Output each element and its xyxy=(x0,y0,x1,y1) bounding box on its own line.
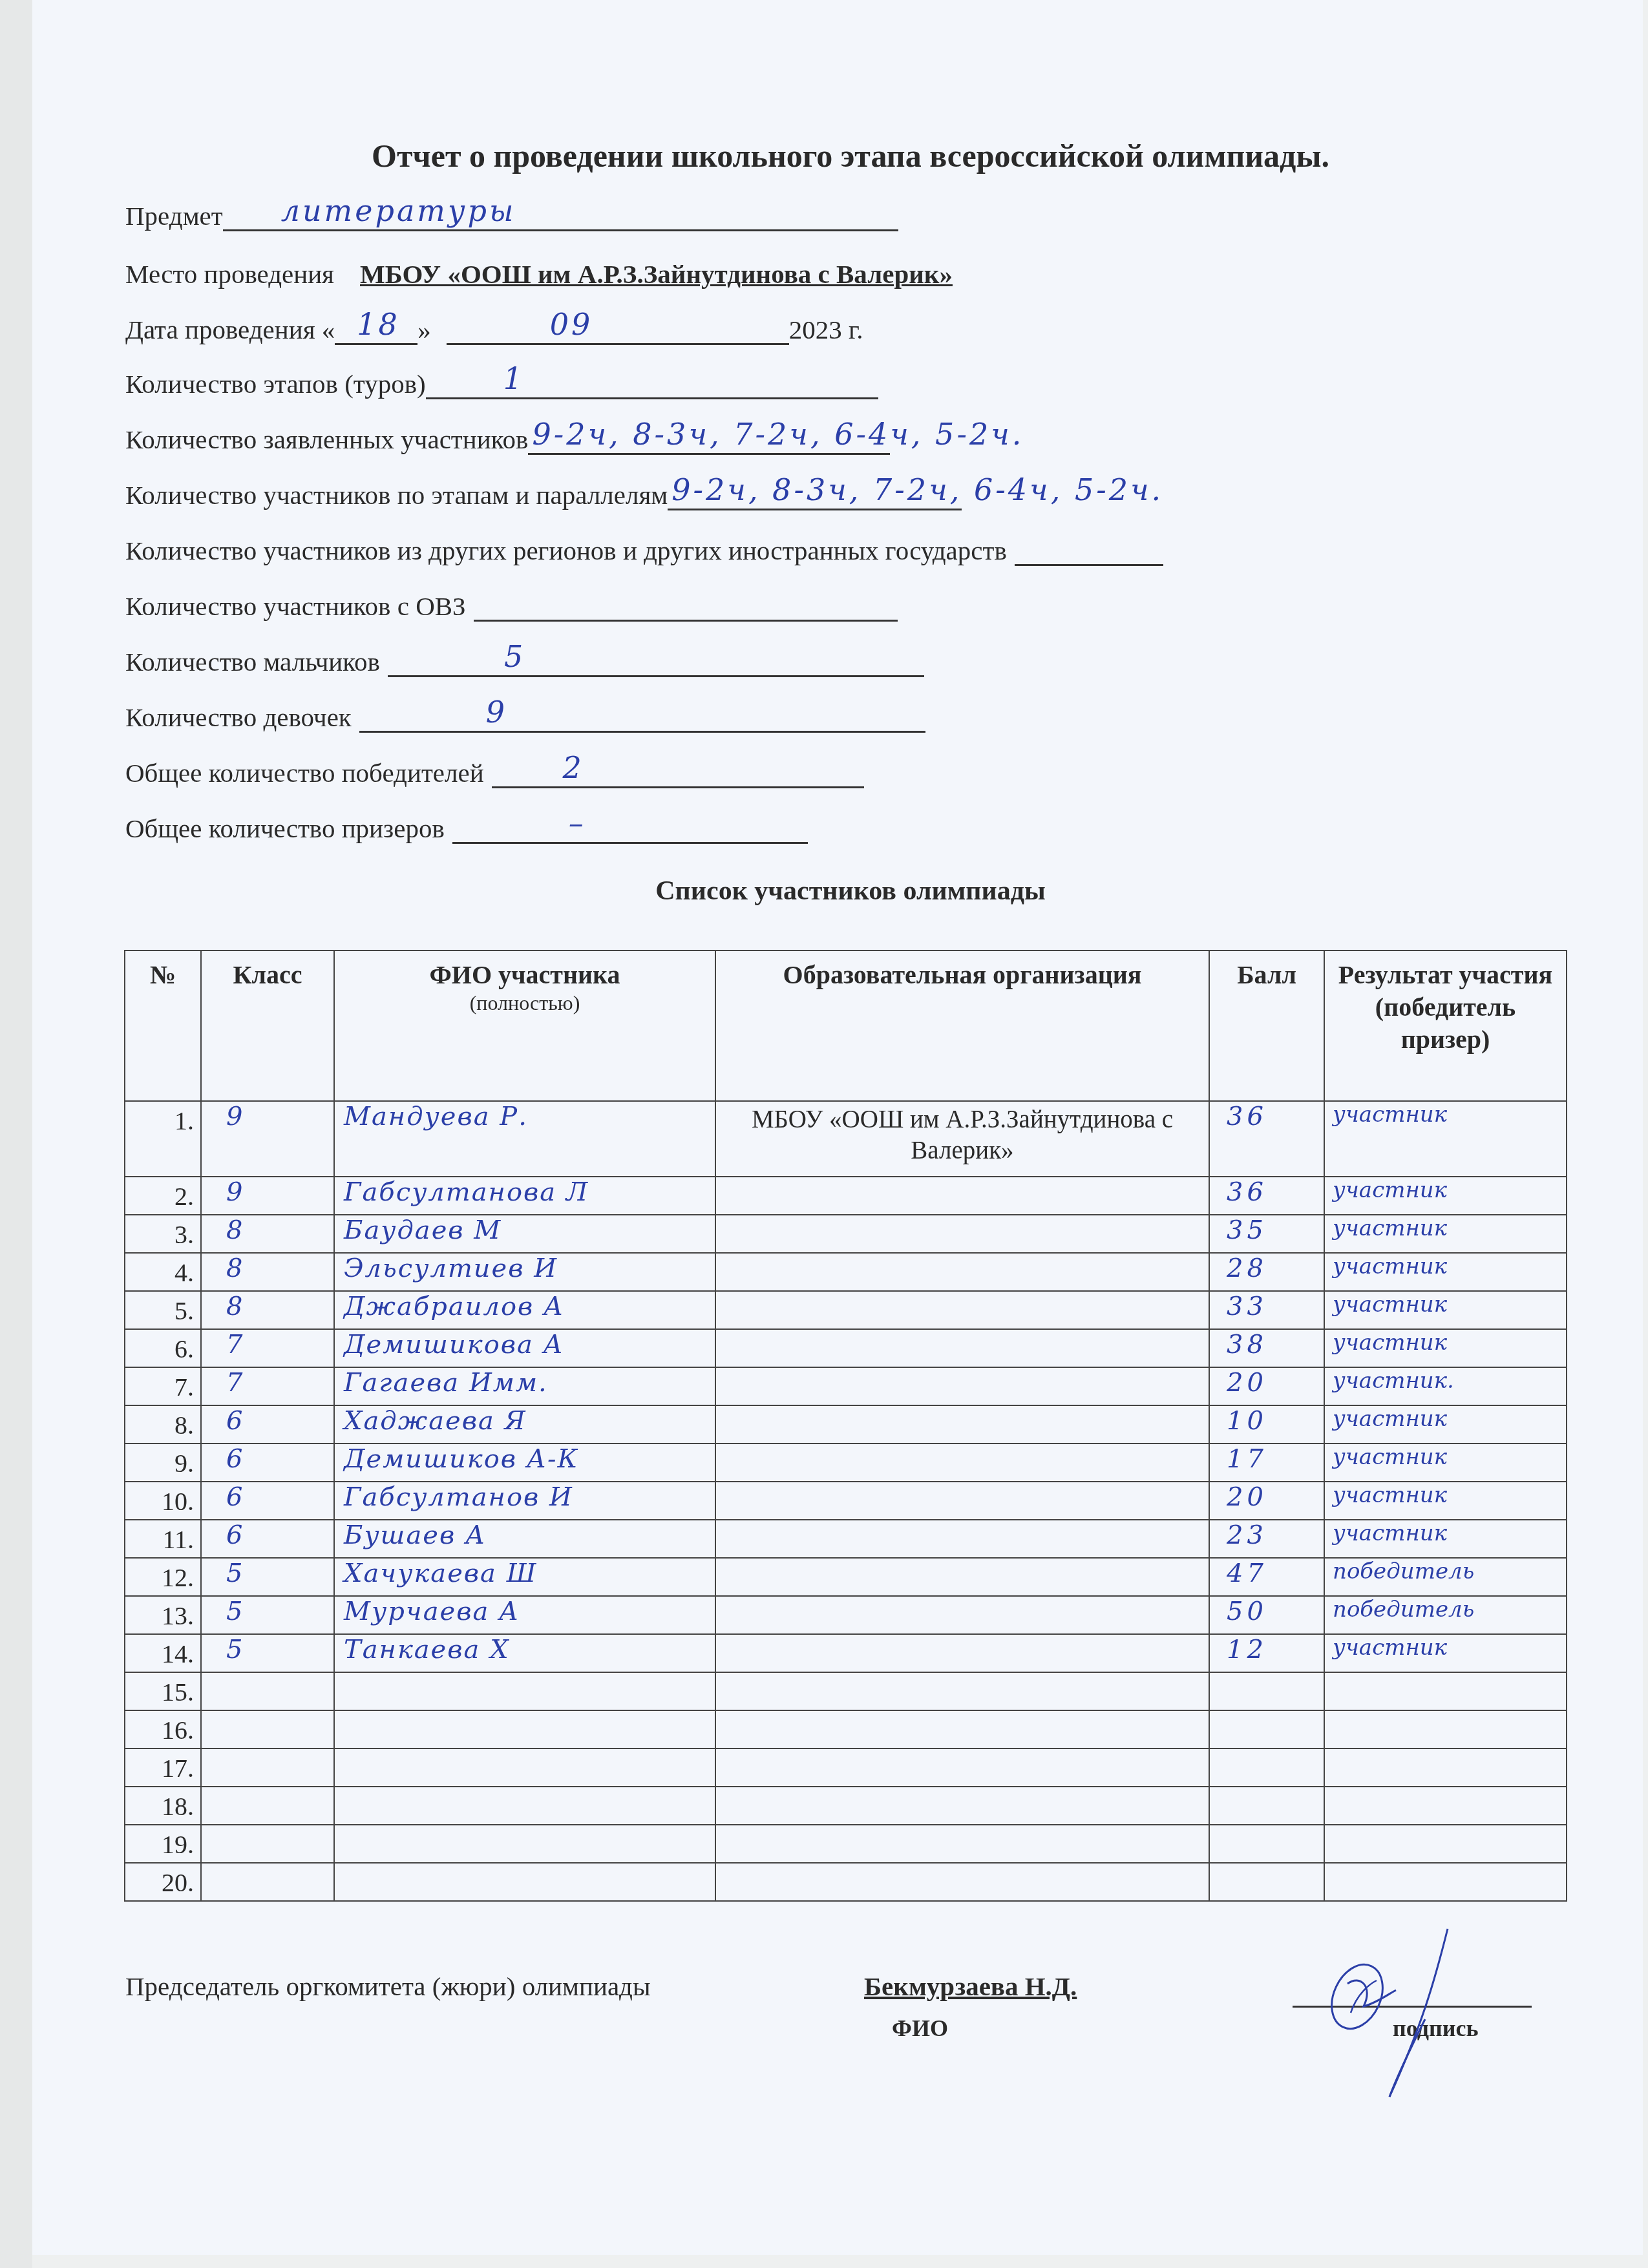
row-result[interactable] xyxy=(1324,1787,1567,1825)
row-fio[interactable] xyxy=(334,1748,715,1787)
row-fio[interactable]: Хачукаева Ш xyxy=(334,1558,715,1596)
row-org[interactable] xyxy=(715,1520,1209,1558)
field-subject-input[interactable]: литературы xyxy=(223,203,898,231)
row-score[interactable] xyxy=(1209,1748,1324,1787)
row-score[interactable]: 20 xyxy=(1209,1482,1324,1520)
column-header-score: Балл xyxy=(1209,950,1324,1101)
field-boys: Количество мальчиков 5 xyxy=(125,646,924,677)
field-declared-input[interactable]: 9-2ч, 8-3ч, 7-2ч, 6-4ч, 5-2ч. xyxy=(528,426,890,455)
row-fio[interactable]: Мандуева Р. xyxy=(334,1101,715,1177)
row-class[interactable]: 6 xyxy=(201,1520,334,1558)
participants-title: Список участников олимпиады xyxy=(32,876,1643,907)
row-class[interactable]: 9 xyxy=(201,1101,334,1177)
row-num: 4. xyxy=(125,1253,201,1291)
field-boys-value: 5 xyxy=(504,639,525,674)
field-date-close-quote: » xyxy=(417,314,431,345)
field-stages: Количество этапов (туров) 1 xyxy=(125,368,878,399)
chair-name: Бекмурзаева Н.Д. xyxy=(864,1971,1077,2002)
signature-icon xyxy=(1312,1922,1480,2103)
row-fio[interactable] xyxy=(334,1710,715,1748)
row-org[interactable] xyxy=(715,1253,1209,1291)
field-by-stage-label: Количество участников по этапам и паралл… xyxy=(125,479,668,510)
row-result[interactable]: победитель xyxy=(1324,1596,1567,1634)
row-org[interactable] xyxy=(715,1748,1209,1787)
row-result[interactable]: участник xyxy=(1324,1101,1567,1177)
row-class[interactable] xyxy=(201,1825,334,1863)
row-class[interactable]: 8 xyxy=(201,1291,334,1329)
table-row: 6.7Демишикова А38участник xyxy=(125,1329,1567,1367)
row-num: 17. xyxy=(125,1748,201,1787)
row-fio[interactable] xyxy=(334,1863,715,1901)
row-org[interactable] xyxy=(715,1863,1209,1901)
row-num: 14. xyxy=(125,1634,201,1672)
row-org[interactable] xyxy=(715,1367,1209,1405)
field-prizewinners-label: Общее количество призеров xyxy=(125,813,445,844)
field-ovz: Количество участников с ОВЗ xyxy=(125,591,898,622)
row-class[interactable] xyxy=(201,1863,334,1901)
row-class[interactable]: 6 xyxy=(201,1444,334,1482)
row-result[interactable] xyxy=(1324,1863,1567,1901)
row-fio[interactable]: Габсултанов И xyxy=(334,1482,715,1520)
row-fio[interactable]: Мурчаева А xyxy=(334,1596,715,1634)
table-row: 18. xyxy=(125,1787,1567,1825)
field-declared-value: 9-2ч, 8-3ч, 7-2ч, 6-4ч, 5-2ч. xyxy=(532,417,1024,452)
column-header-result: Результат участия (победитель призер) xyxy=(1324,950,1567,1101)
row-score[interactable]: 10 xyxy=(1209,1405,1324,1444)
field-by-stage-input[interactable]: 9-2ч, 8-3ч, 7-2ч, 6-4ч, 5-2ч. xyxy=(668,482,962,510)
row-fio[interactable]: Баудаев М xyxy=(334,1215,715,1253)
column-header-fio: ФИО участника (полностью) xyxy=(334,950,715,1101)
row-class[interactable]: 5 xyxy=(201,1634,334,1672)
field-date-year: 2023 г. xyxy=(789,314,863,345)
row-org[interactable] xyxy=(715,1215,1209,1253)
row-num: 7. xyxy=(125,1367,201,1405)
row-org[interactable] xyxy=(715,1405,1209,1444)
field-stages-input[interactable]: 1 xyxy=(426,371,878,399)
table-row: 5.8Джабраилов А33участник xyxy=(125,1291,1567,1329)
row-class[interactable]: 8 xyxy=(201,1215,334,1253)
row-class[interactable] xyxy=(201,1672,334,1710)
row-num: 19. xyxy=(125,1825,201,1863)
row-num: 8. xyxy=(125,1405,201,1444)
row-class[interactable]: 5 xyxy=(201,1596,334,1634)
row-org[interactable] xyxy=(715,1482,1209,1520)
field-venue-label: Место проведения xyxy=(125,258,334,289)
row-fio[interactable]: Габсултанова Л xyxy=(334,1177,715,1215)
row-class[interactable]: 7 xyxy=(201,1367,334,1405)
row-result[interactable]: участник xyxy=(1324,1405,1567,1444)
row-class[interactable]: 6 xyxy=(201,1482,334,1520)
field-by-stage: Количество участников по этапам и паралл… xyxy=(125,479,962,510)
row-class[interactable]: 7 xyxy=(201,1329,334,1367)
table-row: 12.5Хачукаева Ш47победитель xyxy=(125,1558,1567,1596)
row-num: 6. xyxy=(125,1329,201,1367)
field-other-regions-input[interactable] xyxy=(1015,538,1163,566)
row-num: 3. xyxy=(125,1215,201,1253)
row-result[interactable]: участник xyxy=(1324,1177,1567,1215)
row-class[interactable]: 9 xyxy=(201,1177,334,1215)
row-result[interactable]: участник xyxy=(1324,1634,1567,1672)
row-org[interactable]: МБОУ «ООШ им А.Р.З.Зайнутдинова с Валери… xyxy=(715,1101,1209,1177)
participants-table: № Класс ФИО участника (полностью) Образо… xyxy=(124,950,1567,1902)
row-num: 16. xyxy=(125,1710,201,1748)
row-score[interactable]: 17 xyxy=(1209,1444,1324,1482)
row-org[interactable] xyxy=(715,1787,1209,1825)
row-org[interactable] xyxy=(715,1558,1209,1596)
field-ovz-input[interactable] xyxy=(474,593,898,622)
row-num: 5. xyxy=(125,1291,201,1329)
row-score[interactable]: 20 xyxy=(1209,1367,1324,1405)
column-header-fio-label: ФИО участника xyxy=(429,960,620,989)
row-num: 12. xyxy=(125,1558,201,1596)
row-org[interactable] xyxy=(715,1672,1209,1710)
row-class[interactable] xyxy=(201,1748,334,1787)
field-winners-label: Общее количество победителей xyxy=(125,757,484,788)
row-fio[interactable] xyxy=(334,1787,715,1825)
field-boys-input[interactable]: 5 xyxy=(388,649,924,677)
table-row: 4.8Эльсултиев И28участник xyxy=(125,1253,1567,1291)
row-score[interactable]: 12 xyxy=(1209,1634,1324,1672)
field-venue: Место проведения МБОУ «ООШ им А.Р.З.Зайн… xyxy=(125,258,953,289)
field-declared-label: Количество заявленных участников xyxy=(125,424,528,455)
row-result[interactable]: участник. xyxy=(1324,1367,1567,1405)
field-girls-label: Количество девочек xyxy=(125,702,352,733)
row-result[interactable]: участник xyxy=(1324,1329,1567,1367)
row-result[interactable]: участник xyxy=(1324,1291,1567,1329)
document-title: Отчет о проведении школьного этапа всеро… xyxy=(32,137,1643,174)
field-stages-value: 1 xyxy=(503,361,525,396)
field-subject: Предмет литературы xyxy=(125,200,898,231)
row-num: 15. xyxy=(125,1672,201,1710)
row-result[interactable]: участник xyxy=(1324,1520,1567,1558)
field-by-stage-value: 9-2ч, 8-3ч, 7-2ч, 6-4ч, 5-2ч. xyxy=(671,472,1163,507)
table-row: 13.5Мурчаева А50победитель xyxy=(125,1596,1567,1634)
row-score[interactable]: 36 xyxy=(1209,1177,1324,1215)
row-score[interactable]: 36 xyxy=(1209,1101,1324,1177)
row-num: 9. xyxy=(125,1444,201,1482)
table-row: 10.6Габсултанов И20участник xyxy=(125,1482,1567,1520)
row-org[interactable] xyxy=(715,1329,1209,1367)
row-fio[interactable]: Бушаев А xyxy=(334,1520,715,1558)
row-num: 20. xyxy=(125,1863,201,1901)
table-row: 9.6Демишиков А-К17участник xyxy=(125,1444,1567,1482)
field-subject-label: Предмет xyxy=(125,200,223,231)
field-prizewinners-input[interactable]: – xyxy=(452,815,808,844)
row-score[interactable]: 28 xyxy=(1209,1253,1324,1291)
row-fio[interactable]: Танкаева Х xyxy=(334,1634,715,1672)
row-num: 1. xyxy=(125,1101,201,1177)
row-fio[interactable] xyxy=(334,1825,715,1863)
row-org[interactable] xyxy=(715,1177,1209,1215)
field-date: Дата проведения « 18 » 09 2023 г. xyxy=(125,314,863,345)
row-org[interactable] xyxy=(715,1634,1209,1672)
document-page: Отчет о проведении школьного этапа всеро… xyxy=(32,0,1643,2255)
row-score[interactable] xyxy=(1209,1672,1324,1710)
row-result[interactable]: участник xyxy=(1324,1253,1567,1291)
row-org[interactable] xyxy=(715,1444,1209,1482)
row-score[interactable]: 23 xyxy=(1209,1520,1324,1558)
scanner-edge xyxy=(0,0,32,2268)
row-num: 10. xyxy=(125,1482,201,1520)
row-result[interactable]: участник xyxy=(1324,1482,1567,1520)
column-header-org: Образовательная организация xyxy=(715,950,1209,1101)
row-score[interactable] xyxy=(1209,1825,1324,1863)
field-date-label: Дата проведения « xyxy=(125,314,335,345)
row-class[interactable] xyxy=(201,1710,334,1748)
row-class[interactable]: 6 xyxy=(201,1405,334,1444)
field-prizewinners-value: – xyxy=(569,806,586,841)
row-result[interactable] xyxy=(1324,1672,1567,1710)
row-score[interactable] xyxy=(1209,1787,1324,1825)
row-result[interactable] xyxy=(1324,1825,1567,1863)
row-fio[interactable]: Гагаева Имм. xyxy=(334,1367,715,1405)
row-result[interactable] xyxy=(1324,1710,1567,1748)
row-class[interactable] xyxy=(201,1787,334,1825)
field-date-month-input[interactable]: 09 xyxy=(447,317,789,345)
field-girls-input[interactable]: 9 xyxy=(359,704,925,733)
row-score[interactable]: 50 xyxy=(1209,1596,1324,1634)
row-score[interactable]: 47 xyxy=(1209,1558,1324,1596)
field-date-day-input[interactable]: 18 xyxy=(335,317,417,345)
column-header-num: № xyxy=(125,950,201,1101)
field-venue-value: МБОУ «ООШ им А.Р.З.Зайнутдинова с Валери… xyxy=(360,258,953,289)
field-other-regions: Количество участников из других регионов… xyxy=(125,535,1163,566)
field-ovz-label: Количество участников с ОВЗ xyxy=(125,591,466,622)
table-row: 2.9Габсултанова Л36участник xyxy=(125,1177,1567,1215)
row-num: 18. xyxy=(125,1787,201,1825)
table-row: 20. xyxy=(125,1863,1567,1901)
row-score[interactable]: 33 xyxy=(1209,1291,1324,1329)
field-girls-value: 9 xyxy=(486,695,507,730)
row-org[interactable] xyxy=(715,1710,1209,1748)
row-num: 11. xyxy=(125,1520,201,1558)
field-date-day: 18 xyxy=(357,307,400,342)
field-winners-input[interactable]: 2 xyxy=(492,760,864,788)
row-result[interactable]: участник xyxy=(1324,1215,1567,1253)
table-row: 17. xyxy=(125,1748,1567,1787)
row-score[interactable]: 38 xyxy=(1209,1329,1324,1367)
field-girls: Количество девочек 9 xyxy=(125,702,925,733)
row-fio[interactable]: Эльсултиев И xyxy=(334,1253,715,1291)
row-fio[interactable]: Хаджаева Я xyxy=(334,1405,715,1444)
row-score[interactable]: 35 xyxy=(1209,1215,1324,1253)
row-org[interactable] xyxy=(715,1596,1209,1634)
table-row: 11.6Бушаев А23участник xyxy=(125,1520,1567,1558)
field-winners-value: 2 xyxy=(563,750,584,785)
row-score[interactable] xyxy=(1209,1710,1324,1748)
column-header-fio-sub: (полностью) xyxy=(335,991,715,1014)
row-org[interactable] xyxy=(715,1291,1209,1329)
table-row: 7.7Гагаева Имм.20участник. xyxy=(125,1367,1567,1405)
field-boys-label: Количество мальчиков xyxy=(125,646,380,677)
row-num: 13. xyxy=(125,1596,201,1634)
field-date-month: 09 xyxy=(550,307,593,342)
row-fio[interactable]: Демишикова А xyxy=(334,1329,715,1367)
row-class[interactable]: 5 xyxy=(201,1558,334,1596)
table-row: 8.6Хаджаева Я10участник xyxy=(125,1405,1567,1444)
column-header-class: Класс xyxy=(201,950,334,1101)
table-row: 14.5Танкаева Х12участник xyxy=(125,1634,1567,1672)
table-row: 15. xyxy=(125,1672,1567,1710)
field-winners: Общее количество победителей 2 xyxy=(125,757,864,788)
row-class[interactable]: 8 xyxy=(201,1253,334,1291)
chair-label: Председатель оргкомитета (жюри) олимпиад… xyxy=(125,1971,651,2002)
row-org[interactable] xyxy=(715,1825,1209,1863)
field-stages-label: Количество этапов (туров) xyxy=(125,368,426,399)
table-row: 19. xyxy=(125,1825,1567,1863)
row-score[interactable] xyxy=(1209,1863,1324,1901)
field-other-regions-label: Количество участников из других регионов… xyxy=(125,535,1007,566)
table-header-row: № Класс ФИО участника (полностью) Образо… xyxy=(125,950,1567,1101)
field-prizewinners: Общее количество призеров – xyxy=(125,813,808,844)
row-num: 2. xyxy=(125,1177,201,1215)
field-declared: Количество заявленных участников 9-2ч, 8… xyxy=(125,424,890,455)
table-row: 16. xyxy=(125,1710,1567,1748)
row-fio[interactable]: Джабраилов А xyxy=(334,1291,715,1329)
table-row: 1.9Мандуева Р.МБОУ «ООШ им А.Р.З.Зайнутд… xyxy=(125,1101,1567,1177)
row-fio[interactable] xyxy=(334,1672,715,1710)
row-fio[interactable]: Демишиков А-К xyxy=(334,1444,715,1482)
row-result[interactable]: участник xyxy=(1324,1444,1567,1482)
fio-caption: ФИО xyxy=(892,2015,948,2042)
row-result[interactable] xyxy=(1324,1748,1567,1787)
table-row: 3.8Баудаев М35участник xyxy=(125,1215,1567,1253)
row-result[interactable]: победитель xyxy=(1324,1558,1567,1596)
participants-tbody: 1.9Мандуева Р.МБОУ «ООШ им А.Р.З.Зайнутд… xyxy=(125,1101,1567,1901)
field-subject-value: литературы xyxy=(281,193,516,228)
